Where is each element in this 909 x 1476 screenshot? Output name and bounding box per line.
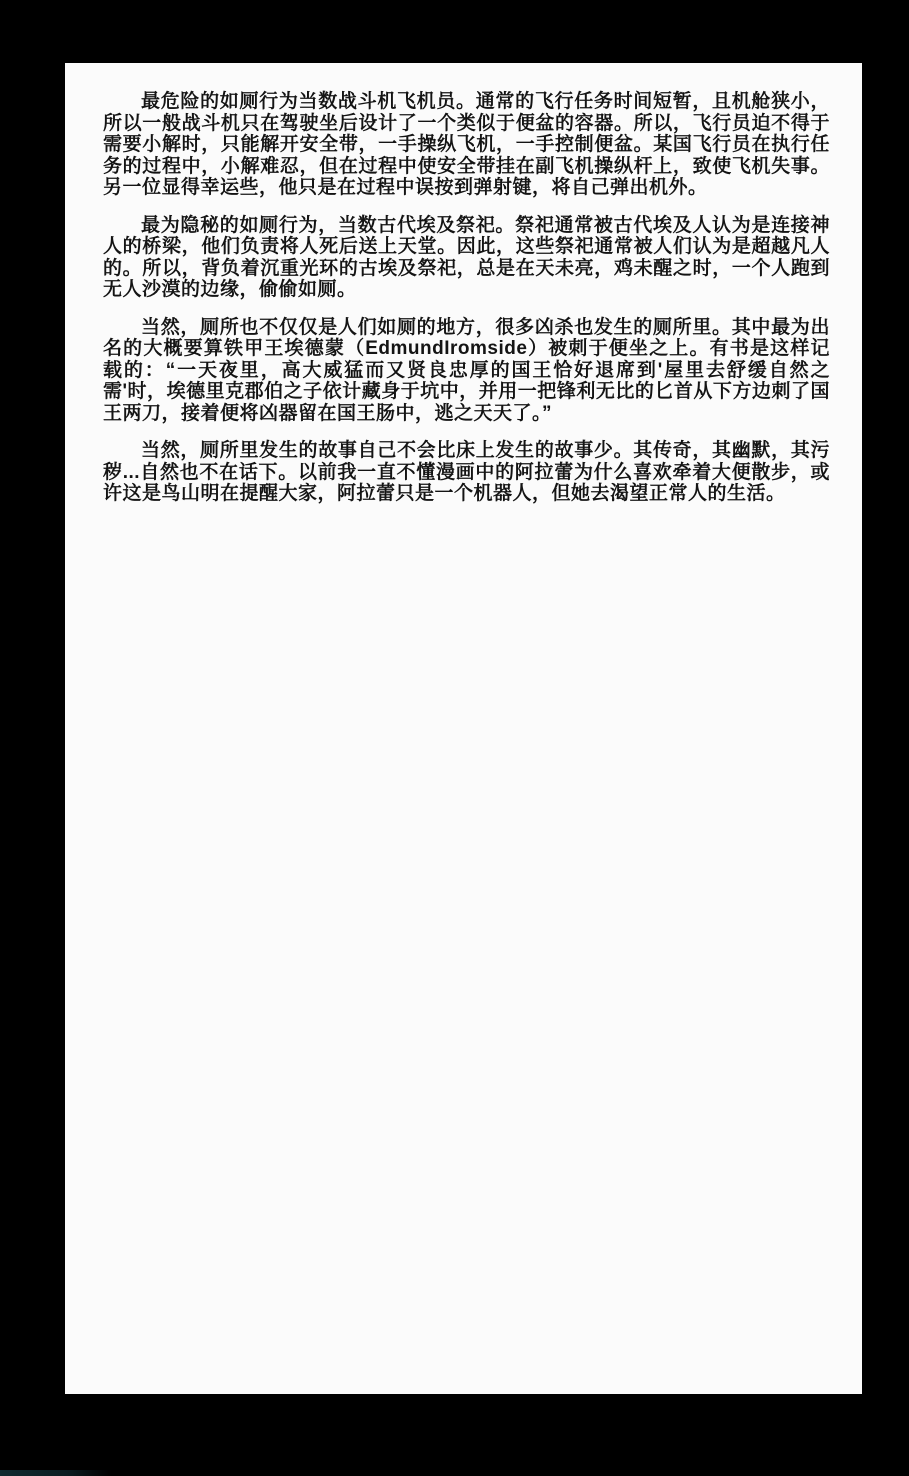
video-frame-artifact: [0, 1470, 112, 1476]
paragraph-king-edmund-murder: 当然，厕所也不仅仅是人们如厕的地方，很多凶杀也发生的厕所里。其中最为出名的大概要…: [103, 317, 830, 425]
paragraph-arale-closing: 当然，厕所里发生的故事自己不会比床上发生的故事少。其传奇，其幽默，其污秽...自…: [103, 440, 830, 505]
page-text-block: 最危险的如厕行为当数战斗机飞机员。通常的飞行任务时间短暂，且机舱狭小，所以一般战…: [103, 91, 830, 505]
book-page: 最危险的如厕行为当数战斗机飞机员。通常的飞行任务时间短暂，且机舱狭小，所以一般战…: [65, 63, 862, 1394]
paragraph-fighter-pilots: 最危险的如厕行为当数战斗机飞机员。通常的飞行任务时间短暂，且机舱狭小，所以一般战…: [103, 91, 830, 199]
paragraph-egypt-priests: 最为隐秘的如厕行为，当数古代埃及祭祀。祭祀通常被古代埃及人认为是连接神人的桥梁，…: [103, 215, 830, 301]
